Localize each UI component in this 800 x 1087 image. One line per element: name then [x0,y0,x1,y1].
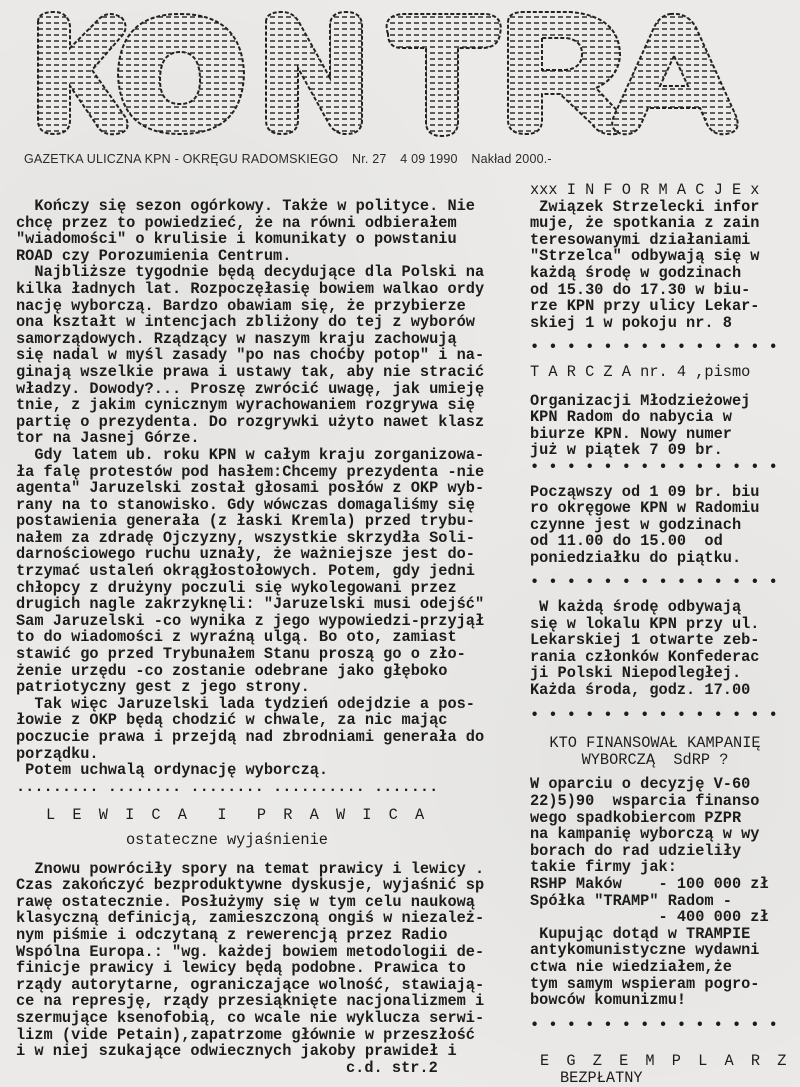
text-line: Wspólna Europa.: "wg. każdej bowiem meto… [16,944,526,961]
continued-on-page-2: c.d. str.2 [16,1060,526,1077]
text-line: łowie z OKP będą chodzić w chwale, za ni… [16,712,526,729]
print-run: Nakład 2000.- [471,152,551,166]
text-line: nałem za zdradę Ojczyzny, wszystkie skrz… [16,530,526,547]
text-line: Gdy latem ub. roku KPN w całym kraju zor… [16,447,526,464]
text-line: się nadal w myśl zasady "po nas choćby p… [16,347,526,364]
text-line: finicje prawicy i lewicy będą podobne. P… [16,960,526,977]
text-line: klasyczną definicją, zamieszczoną ongiś … [16,910,526,927]
text-line: skiej 1 w pokoju nr. 8 [530,315,800,332]
text-line: takie firmy jak: [530,859,800,876]
text-line: biurze KPN. Nowy numer [530,426,800,443]
newspaper-page: KONTRA GAZETKA ULICZNA KPN - OKRĘGU RADO… [0,0,800,1087]
info-tarcza: Organizacji MłodzieżowejKPN Radom do nab… [530,393,800,459]
text-line: nym piśmie i odczytaną z rewerencją prze… [16,927,526,944]
info-zwiazek-strzelecki: Związek Strzelecki informuje, że spotkan… [530,199,800,332]
text-line: chłopcy z drużyny poczuli się wykolegowa… [16,580,526,597]
text-line: "wiadomości" o krulisie i komunikaty o p… [16,231,526,248]
text-line: Organizacji Młodzieżowej [530,393,800,410]
text-line: borach do rad udzieliły [530,843,800,860]
publication-description: GAZETKA ULICZNA KPN - OKRĘGU RADOMSKIEGO [24,152,338,166]
text-line: bowców komunizmu! [530,992,800,1009]
text-line: teresowanymi działaniami [530,232,800,249]
section-title-informacje: xxx I N F O R M A C J E x [530,182,800,199]
text-line: Każda środa, godz. 17.00 [530,682,800,699]
text-line: chcę przez to powiedzieć, że na równi od… [16,215,526,232]
text-line: tnie, z jakim cynicznym wyrachowaniem ro… [16,397,526,414]
text-line: rze KPN przy ulicy Lekar- [530,298,800,315]
text-line: Kończy się sezon ogórkowy. Także w polit… [16,198,526,215]
footer-egzemplarz: E G Z E M P L A R Z [530,1053,800,1070]
finansowanie-title-line-1: KTO FINANSOWAŁ KAMPANIĘ [530,735,780,752]
text-line: Tak więc Jaruzelski lada tydzień odejdzi… [16,696,526,713]
text-line: i w niej szukające odwiecznych jakoby pr… [16,1043,526,1060]
text-line: szermujące ksenofobią, co wcale nie wykl… [16,1010,526,1027]
text-line: rawę ostatecznie. Posłużymy się w tym ce… [16,894,526,911]
text-line: ona kształt w intencjach zbliżony do tej… [16,314,526,331]
text-line: postawienia generała (z łaski Kremla) pr… [16,513,526,530]
text-line: ctwa nie wiedziałem,że [530,959,800,976]
text-line: Związek Strzelecki infor [530,199,800,216]
text-line: od 15.30 do 17.30 w biu- [530,282,800,299]
text-line: - 400 000 zł [530,909,800,926]
dot-separator: • • • • • • • • • • • • • • [530,1017,800,1034]
text-line: władzy. Dowody?... Proszę zwrócić uwagę,… [16,381,526,398]
article-title-lewica-i-prawica: L E W I C A I P R A W I C A [16,807,526,824]
dot-separator: • • • • • • • • • • • • • • [530,339,800,356]
text-line: żenie urzędu -co zostanie odebrane jako … [16,663,526,680]
issue-number: Nr. 27 [352,152,387,166]
text-line: wego spadkobiercom PZPR [530,810,800,827]
info-biuro-godziny: Począwszy od 1 09 br. biuro okręgowe KPN… [530,484,800,567]
info-finansowanie: W oparciu o decyzję V-6022)5)90 wsparcia… [530,776,800,1008]
text-line: już w piątek 7 09 br. [530,442,800,459]
text-line: od 11.00 do 15.00 od [530,533,800,550]
text-line: ginają wszelkie prawa i ustawy tak, aby … [16,364,526,381]
article-lewica-i-prawica: Znowu powróciły spory na temat prawicy i… [16,861,526,1060]
text-line: W oparciu o decyzję V-60 [530,776,800,793]
issue-date: 4 09 1990 [400,152,457,166]
text-line: KPN Radom do nabycia w [530,409,800,426]
info-zebrania-kpn: W każdą środę odbywająsię w lokalu KPN p… [530,599,800,699]
text-line: drugich nagle zakrzyknęli: "Jaruzelski m… [16,596,526,613]
text-line: 22)5)90 wsparcia finanso [530,793,800,810]
text-line: rany na to stanowisko. Gdy wówczas domag… [16,497,526,514]
text-line: muje, że spotkania z zain [530,215,800,232]
text-line: tor na Jasnej Górze. [16,430,526,447]
masthead-logo: KONTRA [30,8,770,138]
dot-separator: • • • • • • • • • • • • • • [530,707,800,724]
text-line: tym samym wspieram pogro- [530,976,800,993]
article-subtitle: ostateczne wyjaśnienie [16,832,526,849]
article-sezon-ogorkowy: Kończy się sezon ogórkowy. Także w polit… [16,198,526,779]
text-line: ROAD czy Porozumienia Centrum. [16,248,526,265]
text-line: rządy autorytarne, ograniczające wolność… [16,977,526,994]
text-line: Spółka "TRAMP" Radom - [530,893,800,910]
left-column: Kończy się sezon ogórkowy. Także w polit… [16,198,526,1076]
text-line: ce na represję, rządy przesiąknięte nacj… [16,993,526,1010]
text-line: lizm (vide Petain),zapatrzome głównie w … [16,1027,526,1044]
text-line: na kampanię wyborczą w wy [530,826,800,843]
dot-separator: • • • • • • • • • • • • • • [530,459,800,476]
text-line: to do wiadomości z wyraźną ulgą. Bo oto,… [16,629,526,646]
info-tarcza-title: T A R C Z A nr. 4 ,pismo [530,364,800,381]
text-line: ro okręgowe KPN w Radomiu [530,500,800,517]
text-line: partię o prezydenta. Do rozgrywki użyto … [16,414,526,431]
text-line: Znowu powróciły spory na temat prawicy i… [16,861,526,878]
text-line: Sam Jaruzelski -co wynika z jego wypowie… [16,613,526,630]
text-line: RSHP Maków - 100 000 zł [530,876,800,893]
text-line: trzymać ustaleń okrągłostołowych. Potem,… [16,563,526,580]
text-line: poniedziałku do piątku. [530,550,800,567]
right-column-informacje: xxx I N F O R M A C J E x Związek Strzel… [530,182,800,1087]
text-line: Najbliższe tygodnie będą decydujące dla … [16,264,526,281]
dot-separator: • • • • • • • • • • • • • • [530,574,800,591]
text-line: ji Polski Niepodległej. [530,665,800,682]
issue-info-line: GAZETKA ULICZNA KPN - OKRĘGU RADOMSKIEGO… [24,152,784,166]
finansowanie-title-line-2: WYBORCZĄ SdRP ? [530,752,780,769]
text-line: Kupując dotąd w TRAMPIE [530,926,800,943]
text-line: każdą środę w godzinach [530,265,800,282]
text-line: stawić go przed Trybunałem Stanu proszą … [16,646,526,663]
text-line: ła falę protestów pod hasłem:Chcemy prez… [16,464,526,481]
text-line: kilka ładnych lat. Rozpoczęłasię bowiem … [16,281,526,298]
text-line: patriotyczny gest z jego strony. [16,679,526,696]
text-line: agenta" Jaruzelski został głosami posłów… [16,480,526,497]
footer-bezplatny: BEZPŁATNY [530,1070,800,1087]
text-line: Lekarskiej 1 otwarte zeb- [530,632,800,649]
text-line: Począwszy od 1 09 br. biu [530,484,800,501]
text-line: "Strzelca" odbywają się w [530,248,800,265]
text-line: W każdą środę odbywają [530,599,800,616]
text-line: się w lokalu KPN przy ul. [530,616,800,633]
text-line: darnościowego ruchu uznały, że ważniejsz… [16,546,526,563]
text-line: porządku. [16,746,526,763]
text-line: Czas zakończyć bezproduktywne dyskusje, … [16,877,526,894]
text-line: samorządowych. Rządzący w naszym kraju z… [16,331,526,348]
text-line: poczucie prawa i przejdą nad zbrodniami … [16,729,526,746]
text-line: rania członków Konfederac [530,649,800,666]
info-finansowanie-title: KTO FINANSOWAŁ KAMPANIĘ WYBORCZĄ SdRP ? [530,735,780,768]
text-line: Potem uchwalą ordynację wyborczą. [16,762,526,779]
text-line: czynne jest w godzinach [530,517,800,534]
separator-dots: ......... ........ ........ .......... .… [16,779,526,796]
text-line: antykomunistyczne wydawni [530,942,800,959]
text-line: nację wyborczą. Bardzo obawiam się, że p… [16,298,526,315]
